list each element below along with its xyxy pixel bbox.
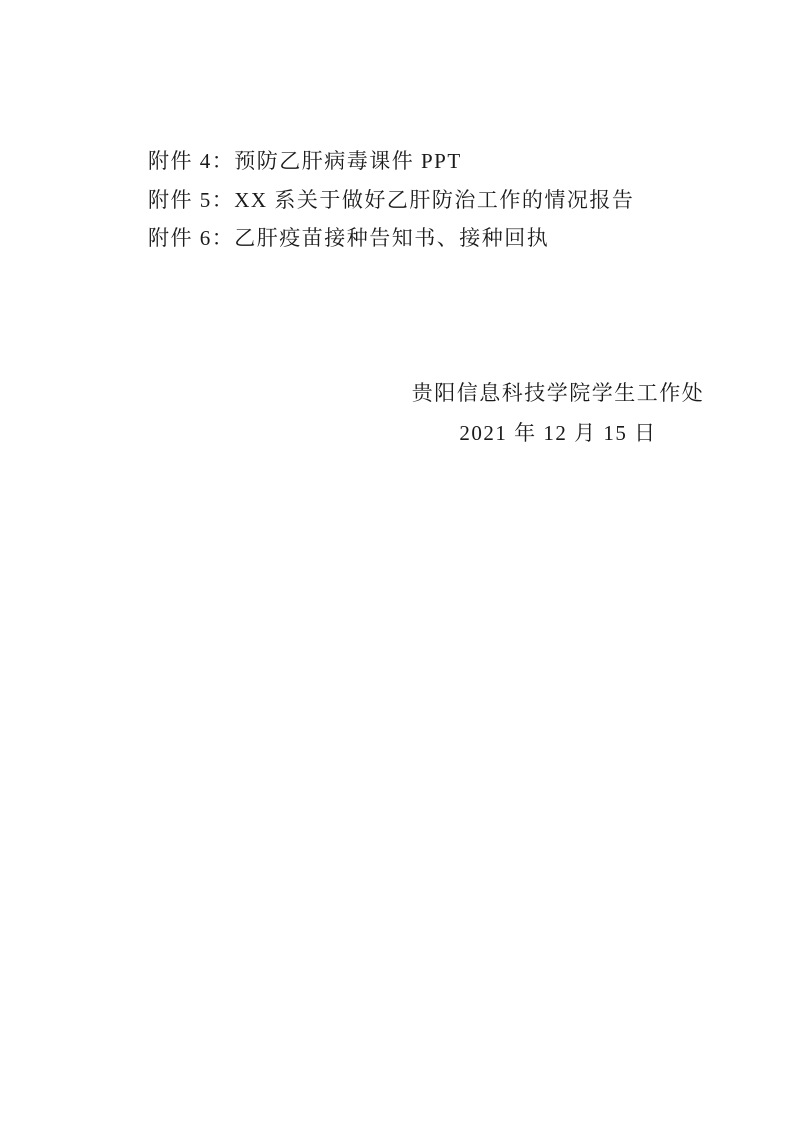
signature-date: 2021 年 12 月 15 日 bbox=[380, 413, 736, 453]
signature-organization: 贵阳信息科技学院学生工作处 bbox=[380, 373, 736, 413]
signature-block: 贵阳信息科技学院学生工作处 2021 年 12 月 15 日 bbox=[380, 373, 736, 453]
attachment-item-5: 附件 5：XX 系关于做好乙肝防治工作的情况报告 bbox=[148, 181, 708, 220]
attachment-list: 附件 4：预防乙肝病毒课件 PPT 附件 5：XX 系关于做好乙肝防治工作的情况… bbox=[148, 142, 708, 258]
attachment-item-4: 附件 4：预防乙肝病毒课件 PPT bbox=[148, 142, 708, 181]
attachment-item-6: 附件 6：乙肝疫苗接种告知书、接种回执 bbox=[148, 219, 708, 258]
document-page: 附件 4：预防乙肝病毒课件 PPT 附件 5：XX 系关于做好乙肝防治工作的情况… bbox=[0, 0, 793, 1122]
